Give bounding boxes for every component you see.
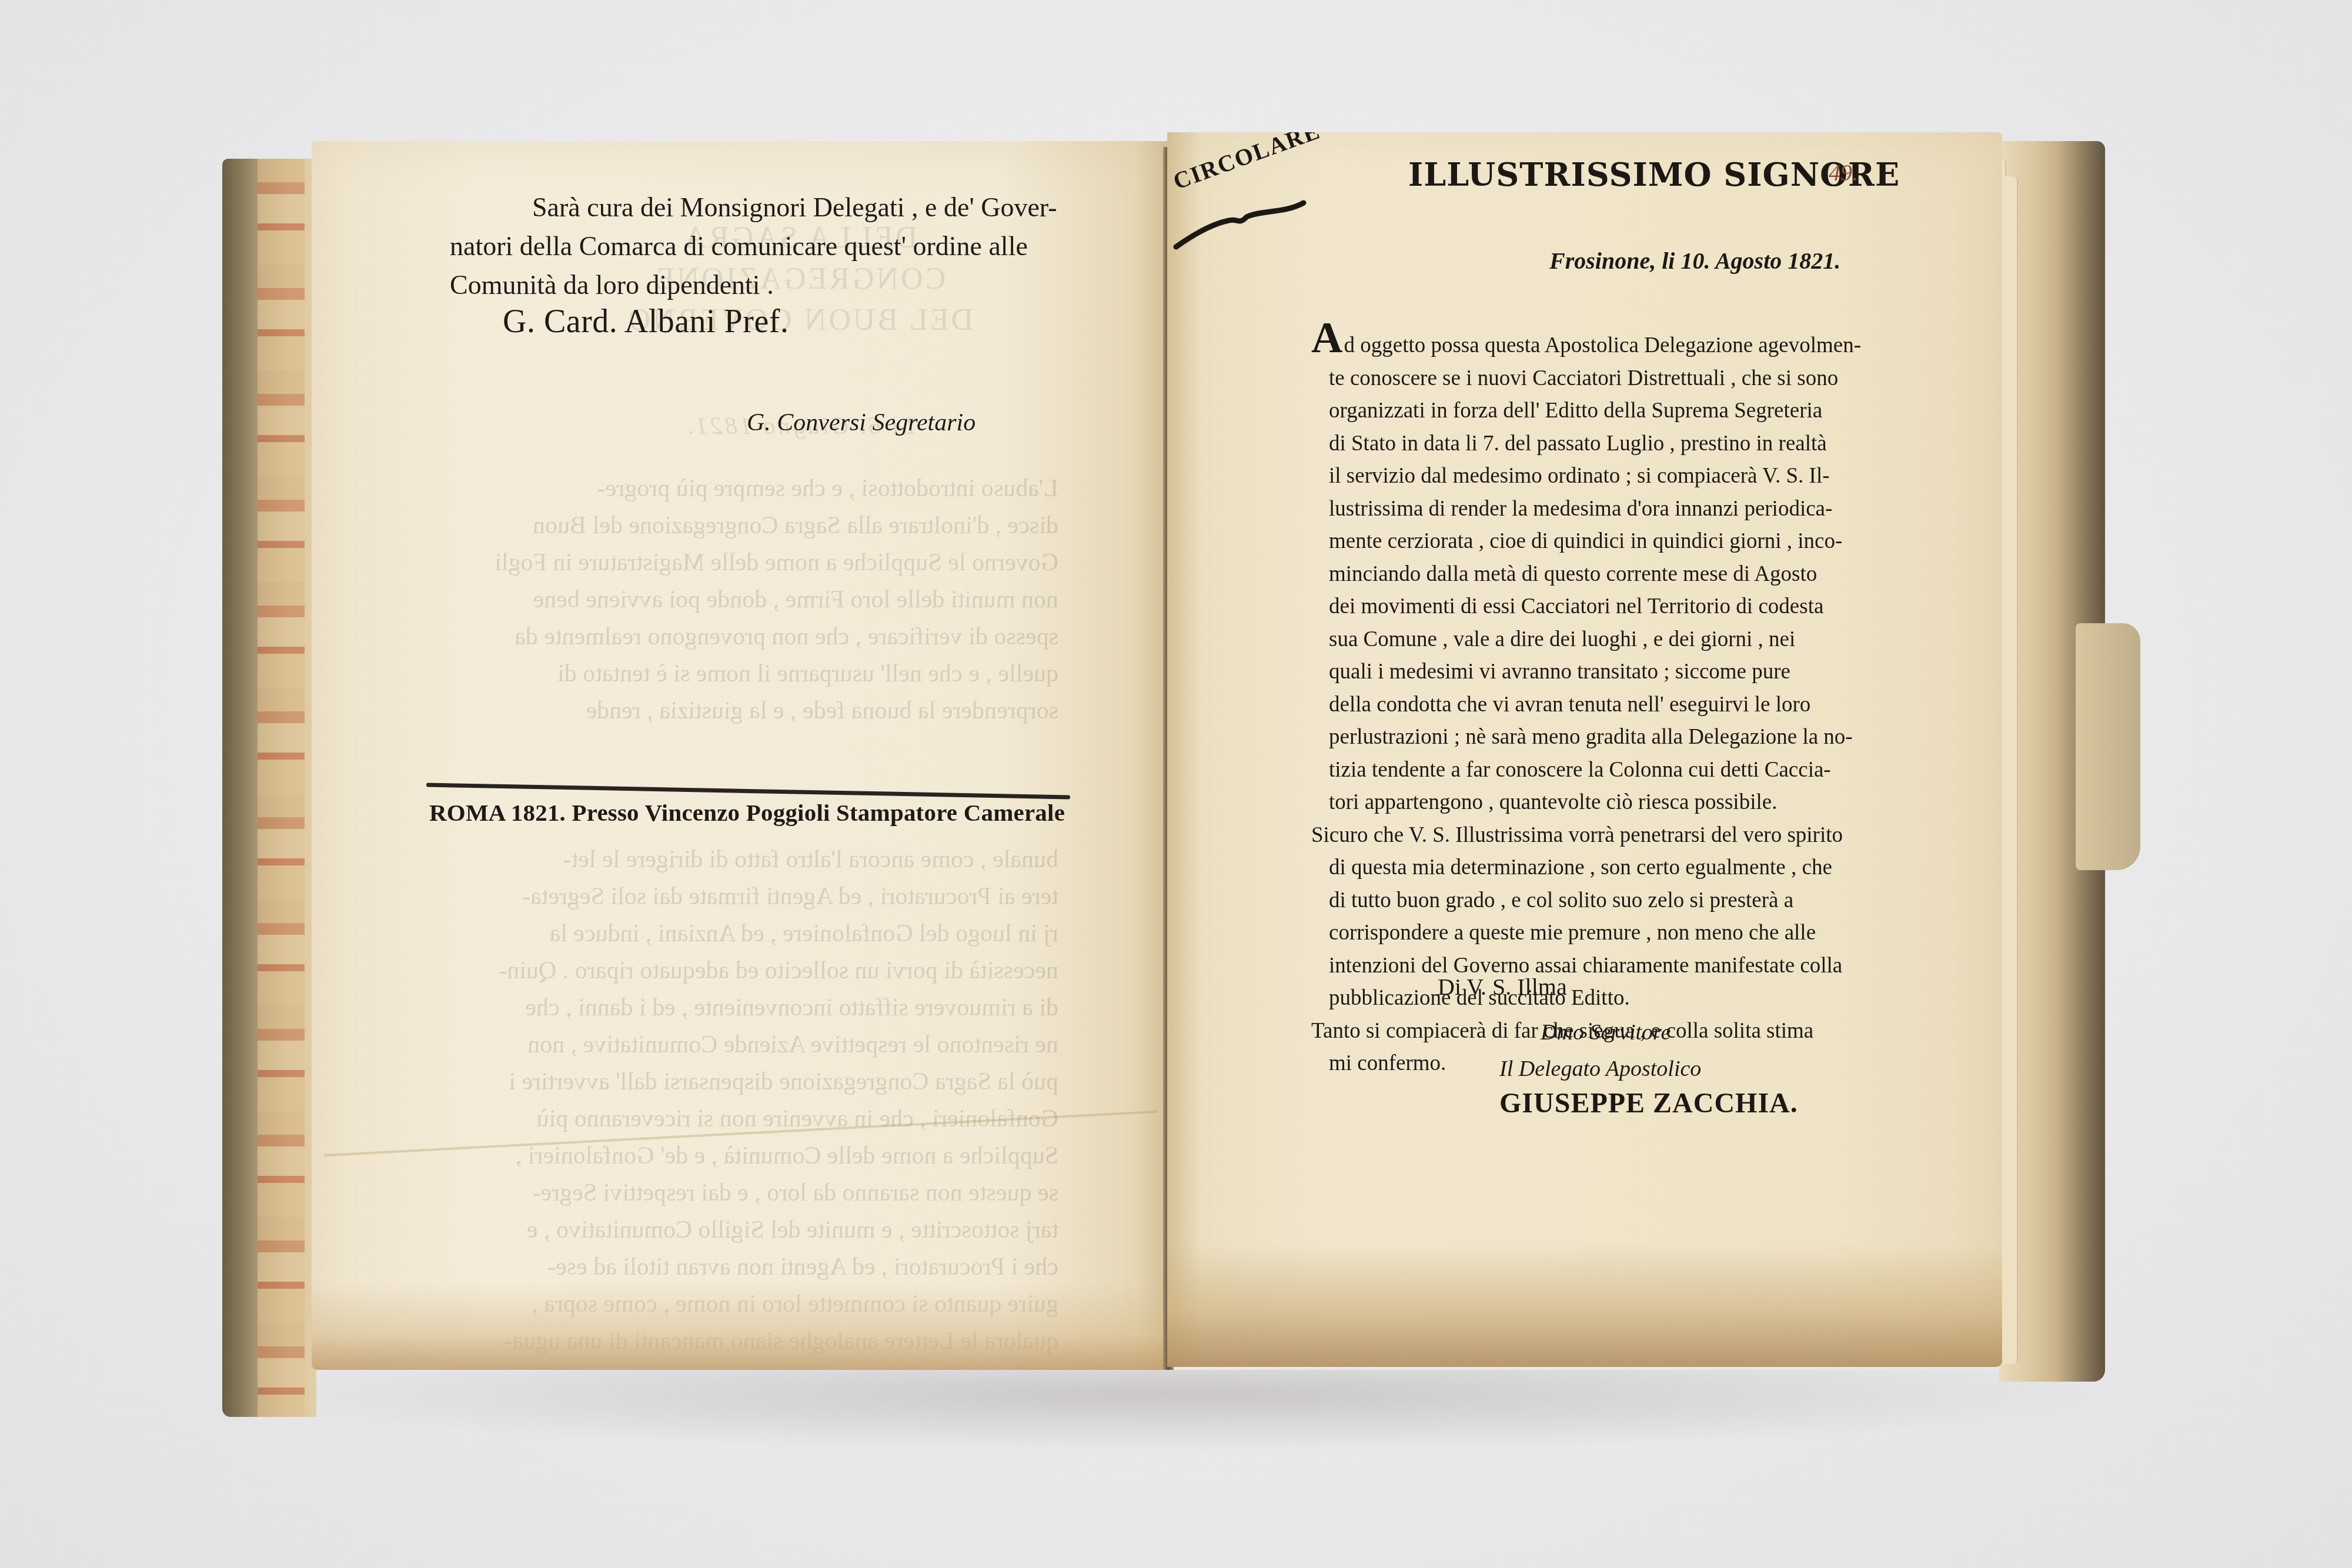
bleed-line: sorprendere la buona fede , e la giustiz… [435, 693, 1058, 730]
body-line-text: mi confermo. [1329, 1051, 1446, 1075]
bleed-line: tere ai Procuratori , ed Agenti firmate … [435, 878, 1058, 915]
bleed-line: bunale , come ancora l'altro fatto di di… [435, 841, 1058, 878]
book-shadow [223, 1370, 2134, 1452]
body-line-text: Sicuro che V. S. Illustrissima vorrà pen… [1311, 823, 1843, 847]
body-line: lustrissima di render la medesima d'ora … [1311, 493, 1840, 526]
body-line: organizzati in forza dell' Editto della … [1311, 394, 1840, 427]
body-line: tori appartengono , quantevolte ciò ries… [1311, 786, 1840, 819]
signature-conversi: G. Conversi Segretario [747, 409, 975, 437]
signatory-name: GIUSEPPE ZACCHIA. [1499, 1087, 1798, 1119]
bleed-line: di a rimuovere siffatto inconveniente , … [435, 989, 1058, 1027]
right-page: CIRCOLARE ILLUSTRISSIMO SIGNORE 49. Fros… [1167, 132, 2002, 1367]
drop-cap: A [1311, 314, 1342, 362]
body-line-text: intenzioni del Governo assai chiaramente… [1329, 954, 1842, 978]
body-line-text: il servizio dal medesimo ordinato ; si c… [1329, 464, 1830, 488]
body-line: sua Comune , vale a dire dei luoghi , e … [1311, 623, 1840, 656]
body-line: mente cerziorata , cioe di quindici in q… [1311, 525, 1840, 558]
body-line-text: della condotta che vi avran tenuta nell'… [1329, 693, 1810, 717]
body-line: Ad oggetto possa questa Apostolica Deleg… [1311, 326, 1840, 362]
bleed-line: disce , d'inoltrare alla Sagra Congregaz… [435, 507, 1058, 544]
body-line-text: mente cerziorata , cioe di quindici in q… [1329, 529, 1842, 553]
bleed-line: se queste non saranno da loro , e dai re… [435, 1175, 1058, 1212]
paragraph-line: Comunità da loro dipendenti . [450, 266, 1073, 305]
body-line: di questa mia determinazione , son certo… [1311, 851, 1840, 884]
bleed-line: può la Sagra Congregazione dispensarsi d… [435, 1064, 1058, 1101]
servant-line: Dmo Servitore [1499, 1014, 1852, 1051]
bleed-line: quelle , e che nell' usurparne il nome s… [435, 656, 1058, 693]
bleed-line: che i Procuratori , ed Agenti non avran … [435, 1249, 1058, 1286]
dateline: Frosinone, li 10. Agosto 1821. [1549, 247, 1840, 275]
left-page: DELLA SAGRA CONGREGAZIONE DEL BUON GOVER… [312, 141, 1170, 1370]
bleed-line: L'abuso introdottosi , e che sempre più … [435, 470, 1058, 507]
body-line: di tutto buon grado , e col solito suo z… [1311, 884, 1840, 917]
bleed-line: ne risentono le respettive Aziende Comun… [435, 1027, 1058, 1064]
bleed-line: spesso di verificare , che non provengon… [435, 618, 1058, 656]
body-line: della condotta che vi avran tenuta nell'… [1311, 688, 1840, 721]
handwritten-folio-number: 49. [1829, 159, 1858, 186]
body-line: minciando dalla metà di questo corrente … [1311, 558, 1840, 591]
body-line: il servizio dal medesimo ordinato ; si c… [1311, 460, 1840, 493]
paragraph-line: Sarà cura dei Monsignori Delegati , e de… [450, 188, 1073, 227]
body-line-text: te conoscere se i nuovi Cacciatori Distr… [1329, 366, 1838, 390]
paragraph-line: natori della Comarca di comunicare quest… [450, 227, 1073, 266]
body-line-text: sua Comune , vale a dire dei luoghi , e … [1329, 627, 1795, 651]
bleed-line: Governo le Suppliche a nome delle Magist… [435, 544, 1058, 581]
body-line-text: perlustrazioni ; nè sarà meno gradita al… [1329, 725, 1853, 749]
body-line-text: quali i medesimi vi avranno transitato ;… [1329, 660, 1790, 684]
body-line: tizia tendente a far conoscere la Colonn… [1311, 754, 1840, 787]
body-line-text: dei movimenti di essi Cacciatori nel Ter… [1329, 594, 1823, 618]
office-line: Il Delegato Apostolico [1499, 1057, 1701, 1081]
body-line: quali i medesimi vi avranno transitato ;… [1311, 656, 1840, 688]
body-line-text: minciando dalla metà di questo corrente … [1329, 562, 1817, 586]
circular-body: Ad oggetto possa questa Apostolica Deleg… [1311, 326, 1840, 1080]
body-line-text: organizzati in forza dell' Editto della … [1329, 399, 1822, 423]
body-line: pubblicazione del succitato Editto. [1311, 982, 1840, 1015]
body-line-text: d oggetto possa questa Apostolica Delega… [1344, 333, 1861, 357]
body-line-text: di questa mia determinazione , son certo… [1329, 855, 1832, 880]
body-line-text: lustrissima di render la medesima d'ora … [1329, 497, 1832, 521]
body-line: intenzioni del Governo assai chiaramente… [1311, 950, 1840, 982]
closing-salutation: Di V. S. Illma [1438, 973, 1567, 1001]
body-line-text: di Stato in data li 7. del passato Lugli… [1329, 432, 1827, 456]
circolare-stamp: CIRCOLARE [1170, 132, 1324, 195]
body-line: corrispondere a queste mie premure , non… [1311, 917, 1840, 950]
bleed-line: non muniti delle loro Firme , donde poi … [435, 581, 1058, 618]
body-line-text: tizia tendente a far conoscere la Colonn… [1329, 758, 1831, 782]
bleed-line: necessità di porvi un sollecito ed adequ… [435, 952, 1058, 989]
body-line-text: tori appartengono , quantevolte ciò ries… [1329, 790, 1777, 814]
bleed-through-text: L'abuso introdottosi , e che sempre più … [435, 470, 1058, 1370]
body-line: Sicuro che V. S. Illustrissima vorrà pen… [1311, 819, 1840, 852]
body-line: perlustrazioni ; nè sarà meno gradita al… [1311, 721, 1840, 754]
body-line: te conoscere se i nuovi Cacciatori Distr… [1311, 362, 1840, 395]
printer-imprint: ROMA 1821. Presso Vincenzo Poggioli Stam… [429, 798, 1065, 827]
body-line: dei movimenti di essi Cacciatori nel Ter… [1311, 590, 1840, 623]
body-line: di Stato in data li 7. del passato Lugli… [1311, 427, 1840, 460]
flourish-swash-icon [1173, 197, 1308, 250]
body-line-text: corrispondere a queste mie premure , non… [1329, 921, 1816, 945]
body-line-text: di tutto buon grado , e col solito suo z… [1329, 888, 1793, 912]
foxing-stain [1167, 1243, 2002, 1367]
bleed-line: tarj sottoscritte , e munite del Sigillo… [435, 1212, 1058, 1249]
signature-cardinal-albani: G. Card. Albani Pref. [503, 303, 789, 340]
left-paragraph: Sarà cura dei Monsignori Delegati , e de… [450, 188, 1073, 305]
foxing-stain [312, 1282, 1170, 1370]
document-title: ILLUSTRISSIMO SIGNORE [1408, 156, 1900, 193]
bleed-line: rj in luogo del Gonfaloniere , ed Anzian… [435, 915, 1058, 952]
book-left-binding-edge [222, 159, 316, 1417]
torn-binding-flap [2076, 623, 2140, 870]
signature-block: Dmo Servitore Il Delegato Apostolico [1499, 1014, 1852, 1087]
sprinkled-page-edges [258, 159, 305, 1417]
